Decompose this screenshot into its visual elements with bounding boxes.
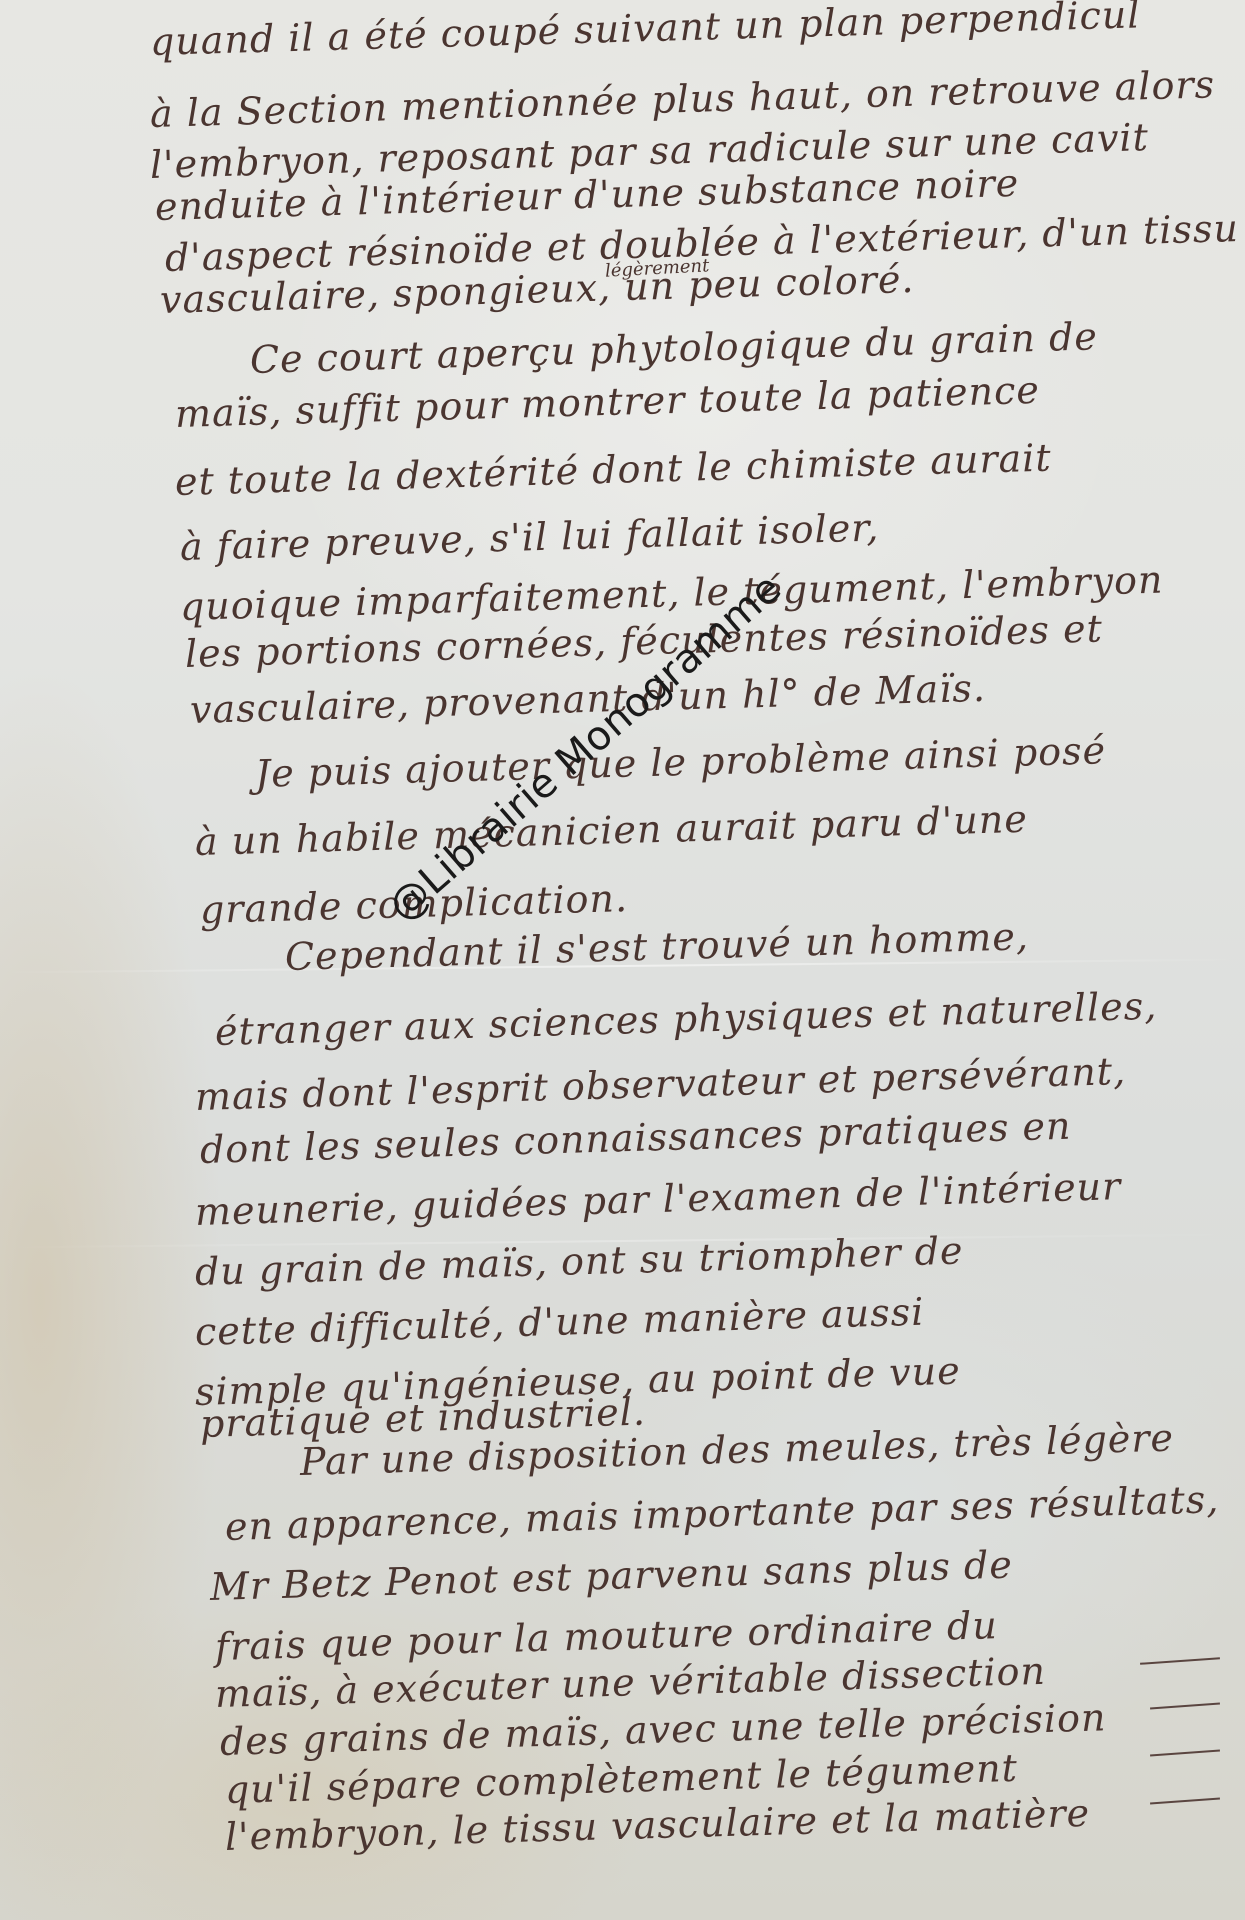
text-line: cette difficulté, d'une manière aussi — [194, 1290, 925, 1354]
text-line: meunerie, guidées par l'examen de l'inté… — [194, 1164, 1121, 1234]
line-filler-dash — [1150, 1798, 1220, 1805]
text-line: en apparence, mais importante par ses ré… — [224, 1477, 1219, 1549]
text-line: quand il a été coupé suivant un plan per… — [149, 0, 1141, 64]
handwritten-text-body: quand il a été coupé suivant un plan per… — [0, 0, 1245, 1920]
line-filler-dash — [1150, 1750, 1220, 1757]
line-filler-dash — [1150, 1703, 1220, 1710]
paragraph-start-line: Je puis ajouter que le problème ainsi po… — [254, 728, 1106, 796]
manuscript-page: quand il a été coupé suivant un plan per… — [0, 0, 1245, 1920]
text-line: du grain de maïs, ont su triompher de — [194, 1229, 964, 1294]
text-line: à un habile mécanicien aurait paru d'une — [194, 797, 1028, 864]
text-line: à faire preuve, s'il lui fallait isoler, — [179, 505, 879, 569]
text-line: étranger aux sciences physiques et natur… — [214, 984, 1157, 1054]
text-line: et toute la dextérité dont le chimiste a… — [174, 436, 1052, 504]
text-line: Mr Betz Penot est parvenu sans plus de — [209, 1543, 1013, 1609]
line-filler-dash — [1140, 1657, 1220, 1665]
